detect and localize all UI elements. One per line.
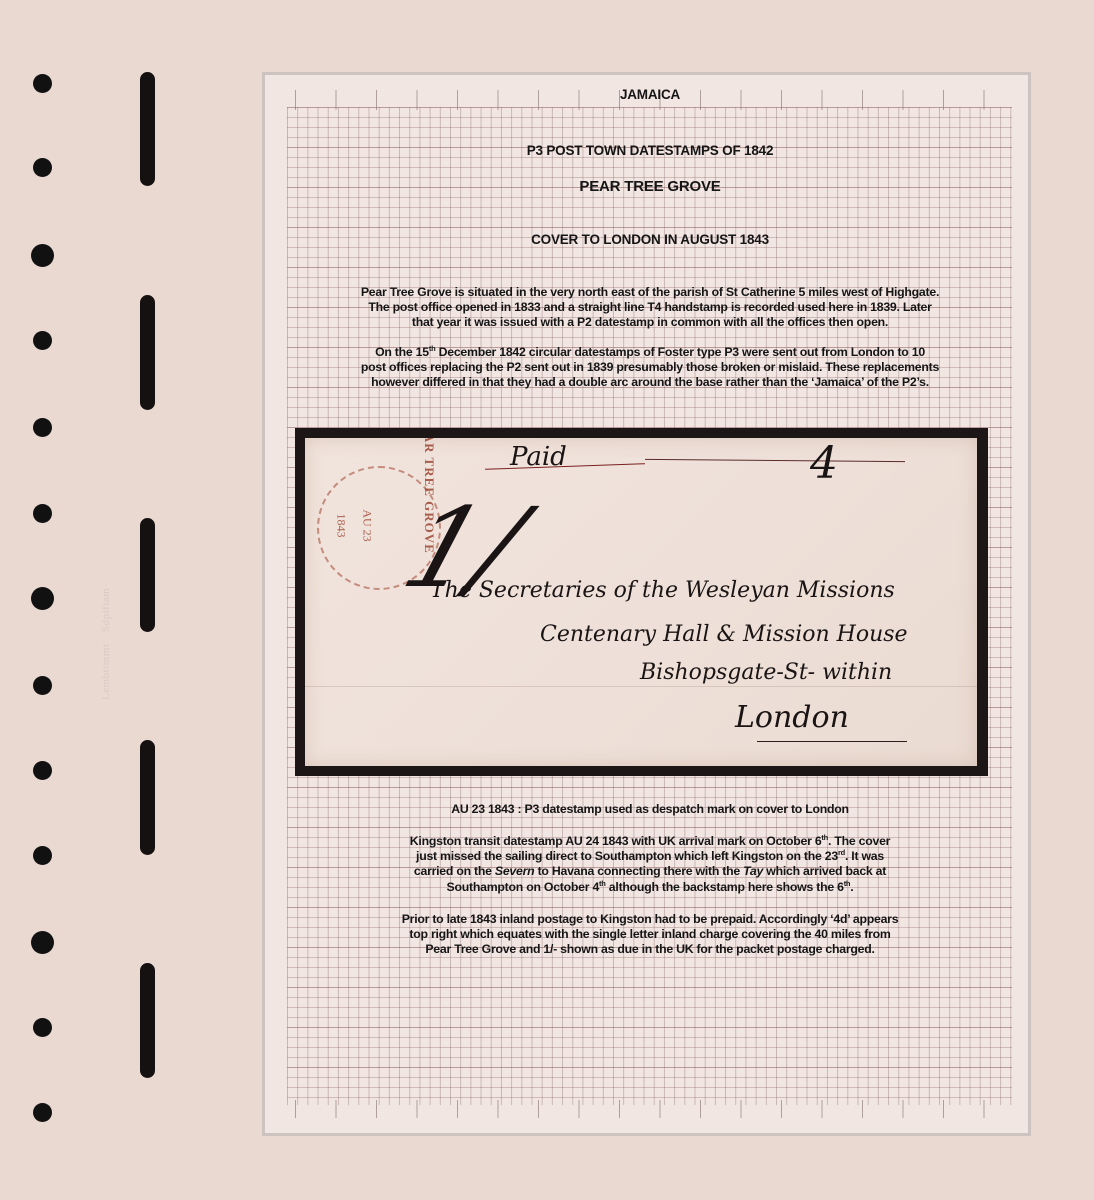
binder-hole xyxy=(33,761,52,780)
binder-hole xyxy=(33,504,52,523)
ship-name: Severn xyxy=(495,864,535,878)
binder-slot xyxy=(140,295,155,410)
postmark-date: AU 23 xyxy=(360,509,375,541)
address-line-1: The Secretaries of the Wesleyan Missions xyxy=(430,578,895,603)
binder-slot xyxy=(140,963,155,1078)
binder-hole xyxy=(33,74,52,93)
binder-hole xyxy=(33,676,52,695)
binder-hole xyxy=(31,244,54,267)
page-town-heading: PEAR TREE GROVE xyxy=(290,178,1010,195)
binder-hole xyxy=(33,158,52,177)
binder-hole xyxy=(33,418,52,437)
address-line-4: London xyxy=(735,700,849,735)
transit-paragraph: Kingston transit datestamp AU 24 1843 wi… xyxy=(290,834,1010,895)
binder-hole xyxy=(33,1103,52,1122)
binder-hole xyxy=(33,846,52,865)
cover-fold-line xyxy=(305,686,977,687)
ship-name: Tay xyxy=(743,864,763,878)
grid-ticks-bottom xyxy=(295,1100,995,1118)
manuscript-inland-rate: 4 xyxy=(810,438,838,489)
address-line-2: Centenary Hall & Mission House xyxy=(540,622,908,647)
binder-hole xyxy=(33,1018,52,1037)
page-subject-heading: COVER TO LONDON IN AUGUST 1843 xyxy=(290,232,1010,247)
binder-hole xyxy=(31,931,54,954)
postal-cover: PEAR TREE GROVE AU 23 1843 Paid 4 1/ The… xyxy=(305,438,977,766)
binder-slot xyxy=(140,740,155,855)
show-through-text: Lembtimmt Sdpifiam xyxy=(100,510,160,700)
postage-paragraph: Prior to late 1843 inland postage to Kin… xyxy=(290,912,1010,958)
intro-paragraph: Pear Tree Grove is situated in the very … xyxy=(290,285,1010,331)
address-line-3: Bishopsgate-St- within xyxy=(640,660,892,685)
binder-hole xyxy=(33,331,52,350)
history-paragraph: On the 15th December 1842 circular dates… xyxy=(290,345,1010,391)
postmark-year: 1843 xyxy=(334,514,349,538)
binder-hole xyxy=(31,587,54,610)
binder-slot xyxy=(140,72,155,186)
page-series-heading: P3 POST TOWN DATESTAMPS OF 1842 xyxy=(290,143,1010,158)
rate-strike-line xyxy=(645,459,905,462)
london-underline xyxy=(757,741,907,742)
cover-caption: AU 23 1843 : P3 datestamp used as despat… xyxy=(290,802,1010,817)
page-country-heading: JAMAICA xyxy=(290,87,1010,102)
